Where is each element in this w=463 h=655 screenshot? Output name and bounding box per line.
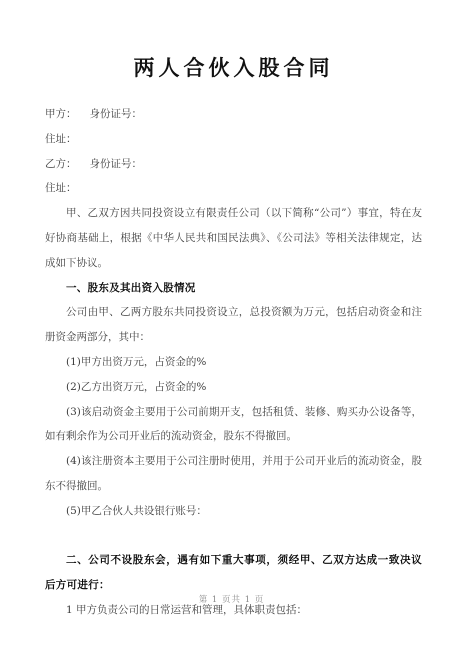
- party-a-address-label: 住址：: [45, 133, 77, 145]
- section1-heading: 一、股东及其出资入股情况: [45, 276, 422, 301]
- document-page: 两人合伙入股合同 甲方：身份证号： 住址： 乙方：身份证号： 住址： 甲、乙双方…: [0, 0, 463, 655]
- section1-item-1: (1)甲方出资万元，占资金的%: [45, 350, 422, 375]
- party-b-address-line: 住址：: [45, 176, 422, 201]
- page-number-footer: 第 1 页共 1 页: [0, 593, 463, 605]
- party-b-id-label: 身份证号：: [90, 158, 143, 170]
- document-title: 两人合伙入股合同: [45, 0, 422, 81]
- section1-item-3: (3)该启动资金主要用于公司前期开支，包括租赁、装修、购买办公设备等，如有剩余作…: [45, 400, 422, 450]
- party-b-line: 乙方：身份证号：: [45, 152, 422, 177]
- party-a-line: 甲方：身份证号：: [45, 102, 422, 127]
- section1-intro-paragraph: 公司由甲、乙两方股东共同投资设立，总投资额为万元，包括启动资金和注册资金两部分，…: [45, 300, 422, 350]
- party-a-id-label: 身份证号：: [90, 108, 143, 120]
- party-b-label: 乙方：: [45, 158, 77, 170]
- section1-item-4: (4)该注册资本主要用于公司注册时使用，并用于公司开业后的流动资金，股东不得撤回…: [45, 449, 422, 499]
- preamble-paragraph: 甲、乙双方因共同投资设立有限责任公司（以下简称“公司”）事宜，特在友好协商基础上…: [45, 201, 422, 275]
- party-b-address-label: 住址：: [45, 182, 77, 194]
- document-body: 甲方：身份证号： 住址： 乙方：身份证号： 住址： 甲、乙双方因共同投资设立有限…: [45, 102, 422, 623]
- party-a-label: 甲方：: [45, 108, 77, 120]
- section2-heading: 二、公司不设股东会，遇有如下重大事项，须经甲、乙双方达成一致决议后方可进行：: [45, 548, 422, 598]
- section1-item-2: (2)乙方出资万元，占资金的%: [45, 375, 422, 400]
- party-a-address-line: 住址：: [45, 127, 422, 152]
- section1-item-5: (5)甲乙合伙人共设银行账号：: [45, 499, 422, 524]
